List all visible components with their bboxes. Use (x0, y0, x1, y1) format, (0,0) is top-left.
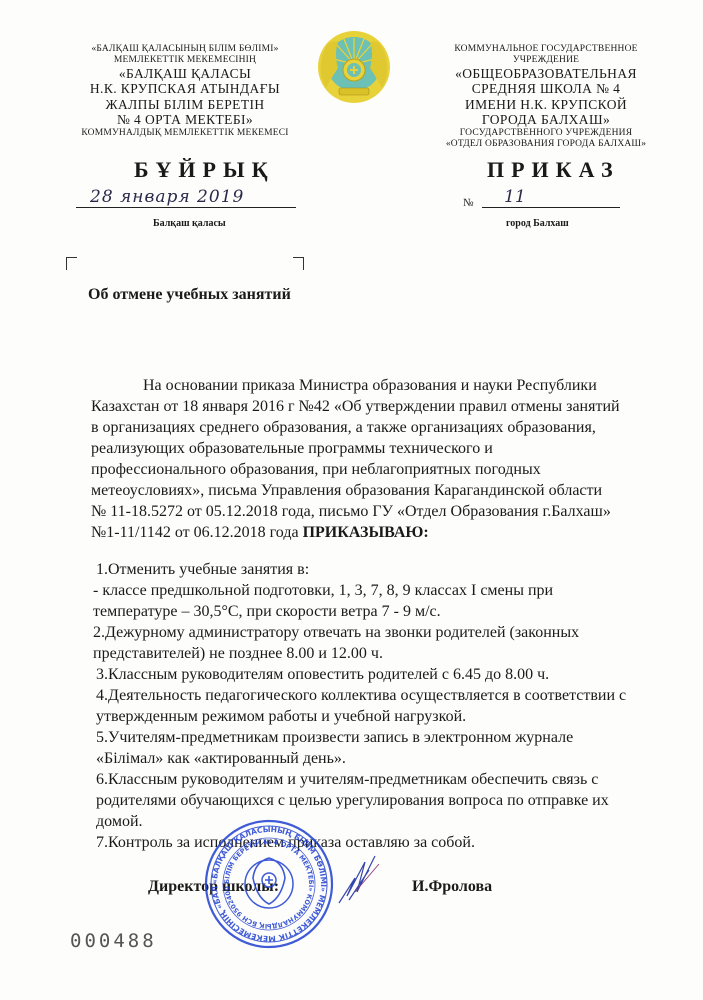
item-line: утвержденным режимом работы и учебной на… (96, 706, 686, 727)
number-line: 11 (482, 190, 620, 208)
preamble-line: в организациях среднего образования, а т… (91, 417, 671, 438)
subject-bracket-right (293, 257, 304, 270)
item-line: - классе предшкольной подготовки, 1, 3, … (93, 580, 686, 601)
preamble-line: На основании приказа Министра образовани… (91, 375, 671, 396)
city-russian: город Балхаш (506, 218, 569, 229)
date-line: 28 января 2019 (76, 190, 296, 208)
preamble-line: профессионального образования, при небла… (91, 459, 671, 480)
header-right-line: ИМЕНИ Н.К. КРУПСКОЙ (420, 97, 672, 113)
serial-number: 000488 (70, 930, 157, 952)
header-left-line: № 4 ОРТА МЕКТЕБІ» (65, 112, 305, 128)
preamble-line: № 11-18.5272 от 05.12.2018 года, письмо … (91, 501, 671, 522)
official-stamp: «БАЛҚАШ ҚАЛАСЫНЫҢ БІЛІМ БӨЛІМІ» МЕМЛЕКЕТ… (203, 818, 335, 950)
preamble-line: Казахстан от 18 января 2016 г №42 «Об ут… (91, 396, 671, 417)
order-word: ПРИКАЗЫВАЮ: (303, 524, 429, 541)
preamble-line-last: №1-11/1142 от 06.12.2018 года ПРИКАЗЫВАЮ… (91, 522, 671, 543)
header-right-line: ГОРОДА БАЛХАШ» (420, 112, 672, 128)
city-kazakh: Балқаш қаласы (153, 218, 226, 229)
item-line: 6.Классным руководителям и учителям-пред… (96, 769, 686, 790)
number-label: № (463, 197, 474, 209)
header-right-line: КОММУНАЛЬНОЕ ГОСУДАРСТВЕННОЕ УЧРЕЖДЕНИЕ (420, 44, 672, 66)
item-line: 1.Отменить учебные занятия в: (96, 559, 686, 580)
item-line: 7.Контроль за исполнением приказа оставл… (96, 832, 686, 853)
header-left-line: ЖАЛПЫ БІЛІМ БЕРЕТІН (65, 97, 305, 113)
preamble-line: реализующих образовательные программы те… (91, 438, 671, 459)
header-left-line: МЕМЛЕКЕТТІК МЕКЕМЕСІНІҢ (65, 55, 305, 66)
coat-of-arms-emblem (312, 28, 396, 106)
header-right-russian: КОММУНАЛЬНОЕ ГОСУДАРСТВЕННОЕ УЧРЕЖДЕНИЕ … (420, 44, 672, 150)
item-line: родителями обучающихся с целью урегулиро… (96, 790, 686, 811)
header-right-line: СРЕДНЯЯ ШКОЛА № 4 (420, 81, 672, 97)
header-right-line: «ОБЩЕОБРАЗОВАТЕЛЬНАЯ (420, 66, 672, 82)
item-line: домой. (96, 811, 686, 832)
item-line: представителей) не позднее 8.00 и 12.00 … (93, 643, 686, 664)
header-left-line: «БАЛҚАШ ҚАЛАСЫНЫҢ БІЛІМ БӨЛІМІ» (65, 44, 305, 55)
header-left-kazakh: «БАЛҚАШ ҚАЛАСЫНЫҢ БІЛІМ БӨЛІМІ» МЕМЛЕКЕТ… (65, 44, 305, 139)
header-left-line: КОММУНАЛДЫҚ МЕМЛЕКЕТТІК МЕКЕМЕСІ (65, 128, 305, 139)
subject-heading: Об отмене учебных занятий (88, 286, 291, 304)
title-russian: ПРИКАЗ (487, 157, 620, 183)
title-kazakh: БҰЙРЫҚ (134, 157, 275, 183)
order-items: 1.Отменить учебные занятия в: - классе п… (96, 559, 686, 853)
item-line: 4.Деятельность педагогического коллектив… (96, 685, 686, 706)
preamble-line: метеоусловиях», письма Управления образо… (91, 480, 671, 501)
date-handwritten: 28 января 2019 (90, 187, 244, 207)
subject-bracket-left (66, 257, 77, 270)
header-left-line: Н.К. КРУПСКАЯ АТЫНДАҒЫ (65, 81, 305, 97)
header-right-line: ГОСУДАРСТВЕННОГО УЧРЕЖДЕНИЯ (420, 128, 672, 139)
header-left-line: «БАЛҚАШ ҚАЛАСЫ (65, 66, 305, 82)
preamble-last-text: №1-11/1142 от 06.12.2018 года (91, 524, 303, 541)
item-line: 2.Дежурному администратору отвечать на з… (93, 622, 686, 643)
handwritten-signature (335, 848, 385, 908)
item-line: 3.Классным руководителям оповестить роди… (96, 664, 686, 685)
item-line: 5.Учителям-предметникам произвести запис… (96, 727, 686, 748)
preamble-paragraph: На основании приказа Министра образовани… (91, 375, 671, 543)
number-handwritten: 11 (504, 187, 526, 207)
header-right-line: «ОТДЕЛ ОБРАЗОВАНИЯ ГОРОДА БАЛХАШ» (420, 139, 672, 150)
item-line: температуре – 30,5°С, при скорости ветра… (93, 601, 686, 622)
item-line: «Білімал» как «актированный день». (96, 748, 686, 769)
signature-name: И.Фролова (412, 878, 492, 896)
